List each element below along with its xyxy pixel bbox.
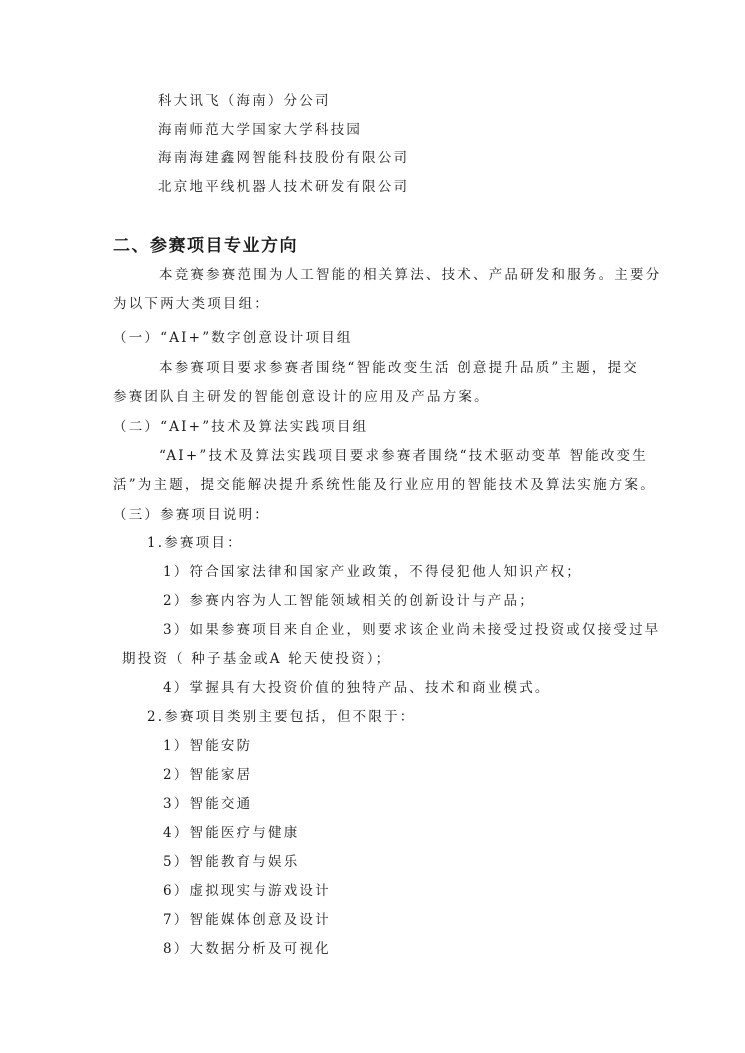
- list-item-continuation: 期投资（ 种子基金或A 轮天使投资）；: [122, 650, 391, 668]
- subsection-title: （一）“AI+”数字创意设计项目组: [113, 329, 353, 347]
- subsection-title: （二）“AI+”技术及算法实践项目组: [113, 418, 368, 436]
- category-item: 1）智能安防: [163, 737, 252, 755]
- category-item: 7）智能媒体创意及设计: [163, 911, 331, 929]
- paragraph-line: 为以下两大类项目组：: [113, 295, 270, 313]
- item-title: 1.参赛项目：: [147, 534, 243, 552]
- item-title: 2.参赛项目类别主要包括，但不限于：: [147, 708, 415, 726]
- category-item: 8）大数据分析及可视化: [163, 940, 331, 958]
- section-heading: 二、参赛项目专业方向: [113, 235, 298, 257]
- paragraph-line: 本竞赛参赛范围为人工智能的相关算法、技术、产品研发和服务。主要分: [159, 266, 661, 284]
- category-item: 2）智能家居: [163, 766, 252, 784]
- organizer-line: 海南师范大学国家大学科技园: [158, 121, 362, 139]
- organizer-line: 科大讯飞（海南）分公司: [158, 92, 331, 110]
- paragraph-line: 参赛团队自主研发的智能创意设计的应用及产品方案。: [113, 388, 490, 406]
- subsection-title: （三）参赛项目说明：: [113, 506, 270, 524]
- list-item: 2）参赛内容为人工智能领域相关的创新设计与产品；: [163, 592, 535, 610]
- list-item: 3）如果参赛项目来自企业，则要求该企业尚未接受过投资或仅接受过早: [163, 621, 661, 639]
- list-item: 1）符合国家法律和国家产业政策，不得侵犯他人知识产权；: [163, 563, 582, 581]
- category-item: 5）智能教育与娱乐: [163, 853, 299, 871]
- category-item: 4）智能医疗与健康: [163, 824, 299, 842]
- paragraph-line: “AI+”技术及算法实践项目要求参赛者围绕“技术驱动变革 智能改变生: [159, 447, 648, 465]
- paragraph-line: 活”为主题，提交能解决提升系统性能及行业应用的智能技术及算法实施方案。: [113, 476, 656, 494]
- category-item: 6）虚拟现实与游戏设计: [163, 882, 331, 900]
- organizer-line: 北京地平线机器人技术研发有限公司: [158, 178, 409, 196]
- category-item: 3）智能交通: [163, 795, 252, 813]
- list-item: 4）掌握具有大投资价值的独特产品、技术和商业模式。: [163, 679, 551, 697]
- paragraph-line: 本参赛项目要求参赛者围绕“智能改变生活 创意提升品质”主题，提交: [159, 359, 639, 377]
- organizer-line: 海南海建鑫网智能科技股份有限公司: [158, 149, 409, 167]
